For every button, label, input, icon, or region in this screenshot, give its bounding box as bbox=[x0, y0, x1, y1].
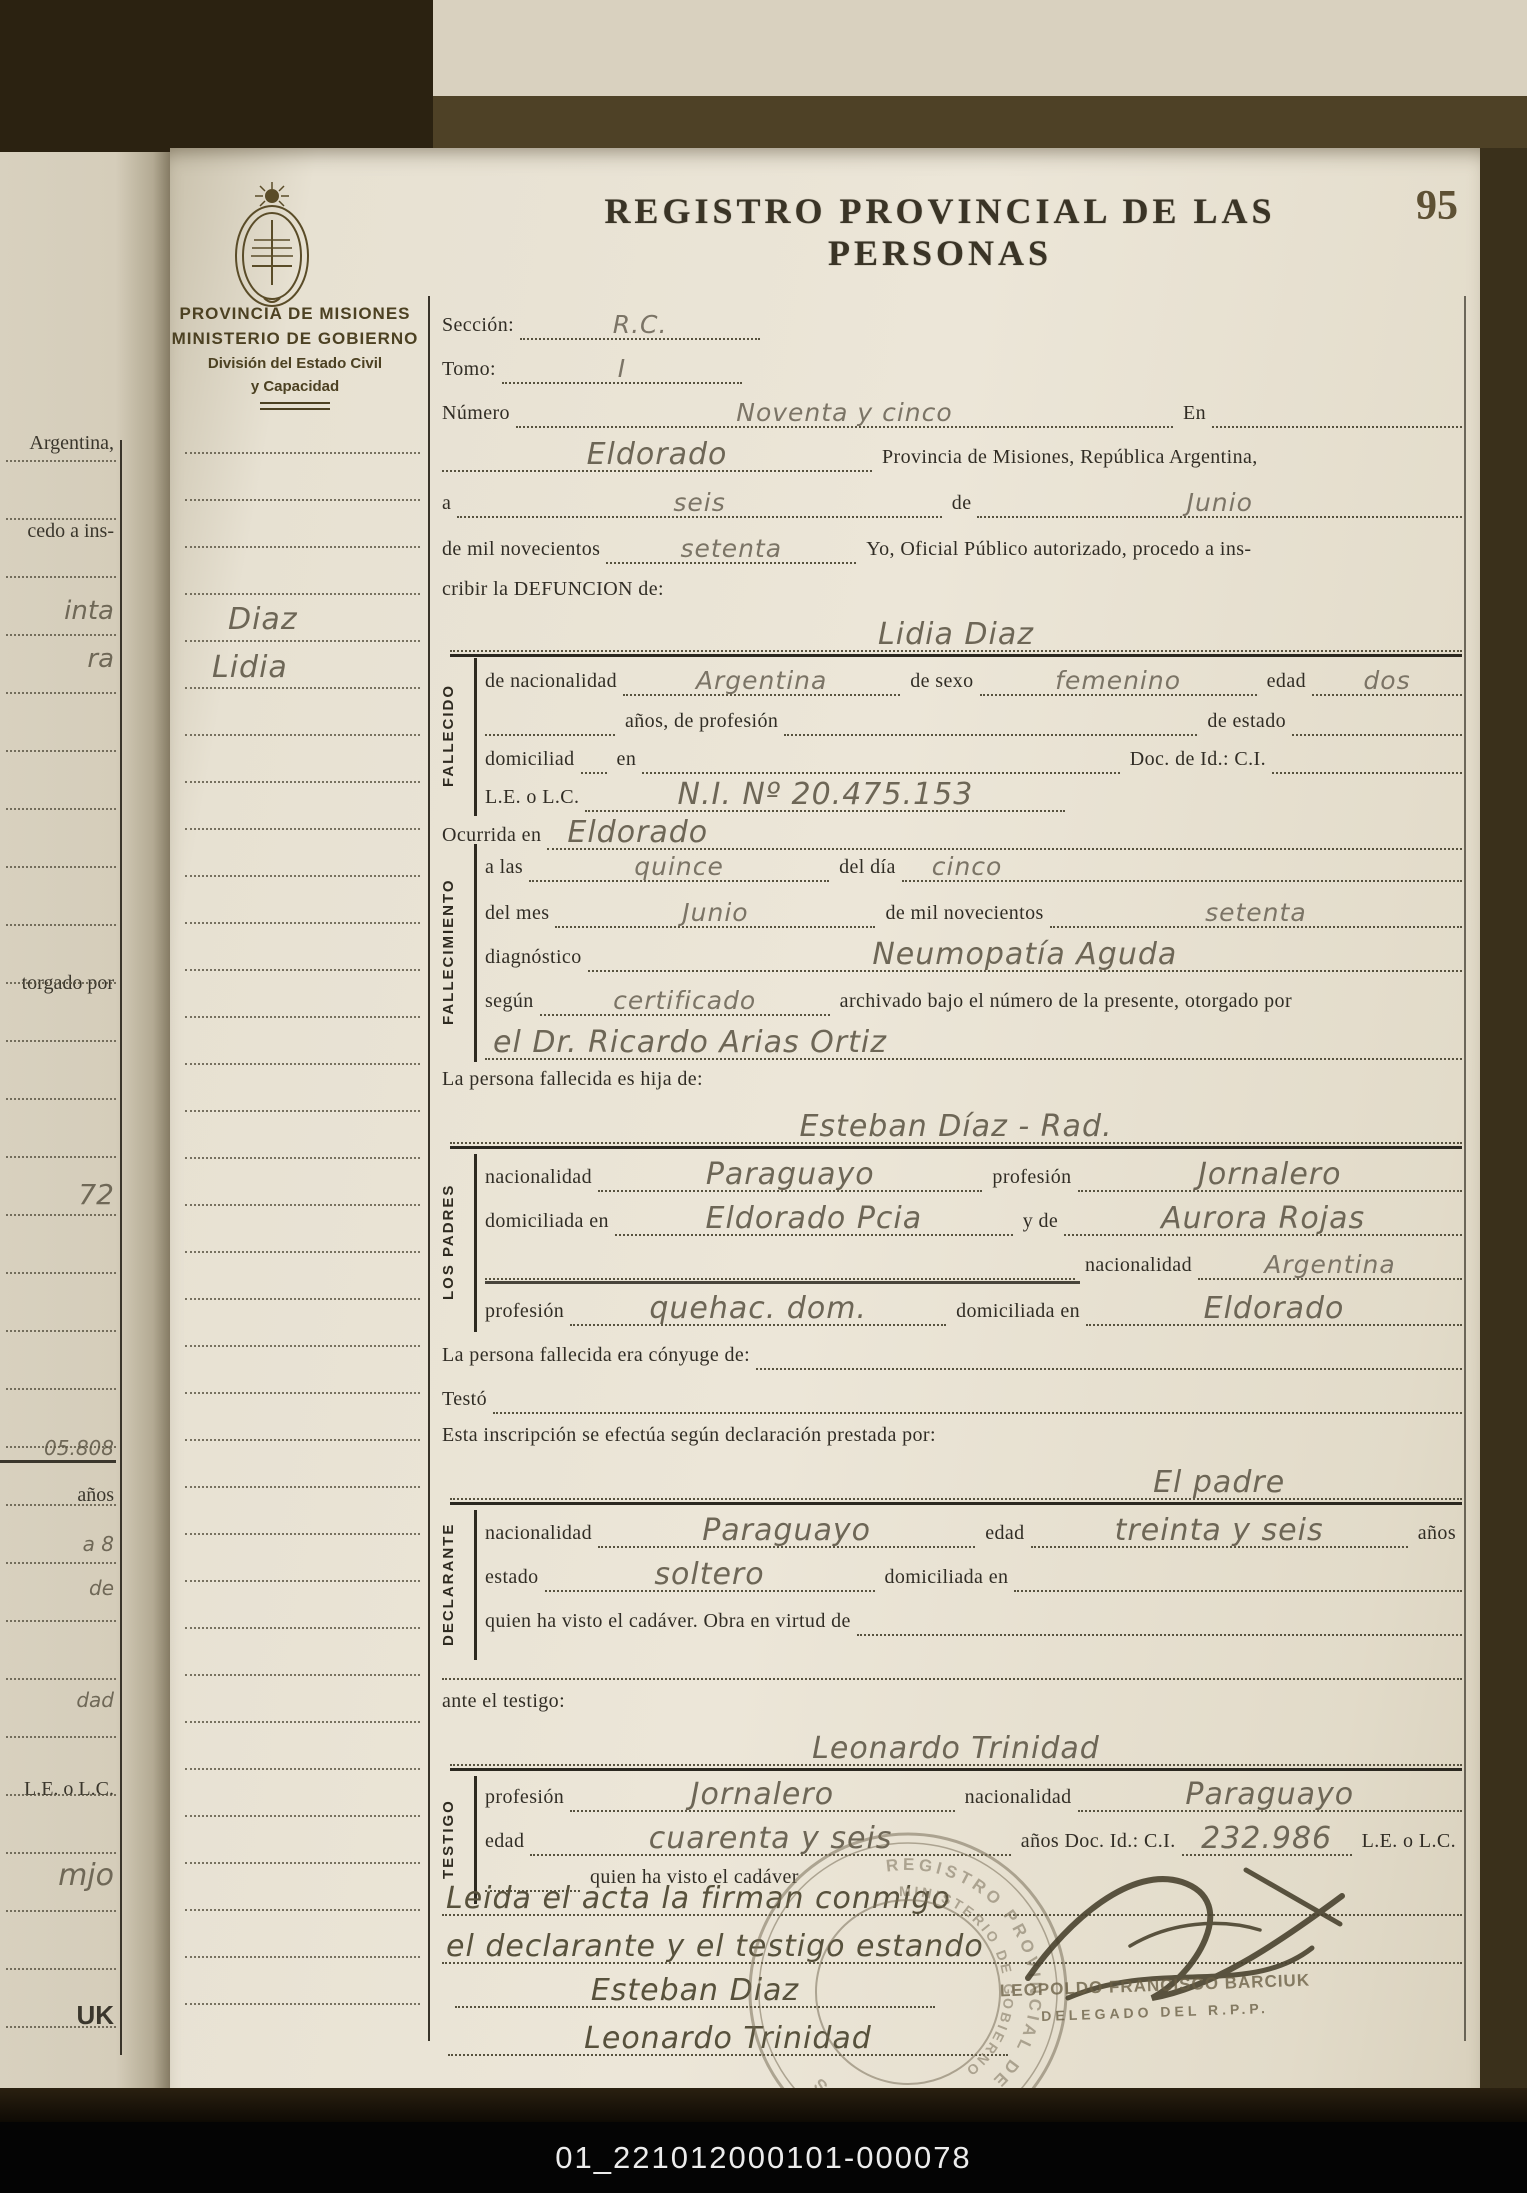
dotted-rule bbox=[185, 1956, 420, 1958]
dotted-rule bbox=[185, 499, 420, 501]
empty-line-row bbox=[442, 1640, 1462, 1680]
dotted-rule bbox=[185, 2003, 420, 2005]
dotted-rule bbox=[185, 1157, 420, 1159]
dotted-rule bbox=[6, 576, 116, 578]
page-bottom-shadow bbox=[0, 2088, 1527, 2122]
dotted-rule bbox=[6, 460, 116, 462]
declarante-edad-label: edad bbox=[975, 1522, 1030, 1548]
segun-label: según bbox=[485, 990, 540, 1016]
page-title: REGISTRO PROVINCIAL DE LAS PERSONAS bbox=[500, 190, 1380, 274]
field-numero: Número Noventa y cinco En bbox=[442, 388, 1462, 428]
declarante-row-2: estado soltero domiciliada en bbox=[485, 1552, 1462, 1592]
section-label-fallecido: FALLECIDO bbox=[440, 658, 470, 814]
field-date-day: a seis de Junio bbox=[442, 478, 1462, 518]
declarante-anos-label: años bbox=[1408, 1522, 1462, 1548]
dotted-rule bbox=[6, 1620, 116, 1622]
dotted-rule bbox=[185, 593, 420, 595]
archival-code: 01_221012000101-000078 bbox=[555, 2140, 971, 2176]
diagnostico-value: Neumopatía Aguda bbox=[588, 939, 1462, 973]
estado-value: soltero bbox=[545, 1559, 875, 1593]
estado-label: de estado bbox=[1197, 710, 1292, 736]
section-label-declarante: DECLARANTE bbox=[440, 1510, 470, 1658]
dotted-rule bbox=[6, 1968, 116, 1970]
witness-name: Leonardo Trinidad bbox=[450, 1733, 1462, 1767]
dotted-rule bbox=[6, 1098, 116, 1100]
prev-page-fragment: ra bbox=[0, 644, 116, 674]
book-page-above bbox=[433, 0, 1527, 96]
dotted-rule bbox=[185, 1721, 420, 1723]
dotted-rule bbox=[6, 1504, 116, 1506]
madre-profesion-value: quehac. dom. bbox=[570, 1293, 946, 1327]
deceased-name-row: Lidia Diaz bbox=[450, 608, 1462, 652]
fallecimiento-row-4: según certificado archivado bajo el núme… bbox=[485, 976, 1462, 1016]
declarante-row-1: nacionalidad Paraguayo edad treinta y se… bbox=[485, 1508, 1462, 1548]
y-de-label: y de bbox=[1013, 1210, 1064, 1236]
book-edge-band bbox=[433, 96, 1527, 152]
dotted-rule bbox=[185, 1063, 420, 1065]
archival-code-bar: 01_221012000101-000078 bbox=[0, 2122, 1527, 2193]
org-ministry: MINISTERIO DE GOBIERNO bbox=[165, 329, 425, 349]
dotted-rule bbox=[185, 1580, 420, 1582]
declarant-name-rule bbox=[450, 1502, 1462, 1505]
numero-label: Número bbox=[442, 402, 516, 428]
fallecimiento-rule bbox=[474, 844, 477, 1062]
declarante-domicilio-label: domiciliada en bbox=[875, 1566, 1015, 1592]
dotted-rule bbox=[185, 1204, 420, 1206]
fallecido-rule bbox=[474, 658, 477, 816]
fallecimiento-row-5: el Dr. Ricardo Arias Ortiz bbox=[485, 1020, 1462, 1060]
prev-page-fragment: dad bbox=[0, 1688, 116, 1712]
father-name-rule bbox=[450, 1146, 1462, 1149]
en-value bbox=[1212, 426, 1462, 428]
padres-extra-rule bbox=[485, 1281, 1080, 1284]
province-text: Provincia de Misiones, República Argenti… bbox=[872, 446, 1264, 472]
padre-domicilio-value: Eldorado Pcia bbox=[615, 1203, 1013, 1237]
a-label: a bbox=[442, 492, 457, 518]
conyuge-text: La persona fallecida era cónyuge de: bbox=[442, 1344, 756, 1370]
madre-domicilio-value: Eldorado bbox=[1086, 1293, 1462, 1327]
dotted-rule bbox=[6, 1388, 116, 1390]
sexo-value: femenino bbox=[980, 668, 1257, 696]
org-capacity: y Capacidad bbox=[165, 378, 425, 395]
dotted-rule bbox=[6, 1794, 116, 1796]
padres-row-4: profesión quehac. dom. domiciliada en El… bbox=[485, 1286, 1462, 1326]
dotted-rule bbox=[6, 808, 116, 810]
le-lc-value: N.I. Nº 20.475.153 bbox=[585, 779, 1065, 813]
dotted-rule bbox=[185, 640, 420, 642]
madre-nacionalidad-value: Argentina bbox=[1198, 1252, 1462, 1280]
seccion-label: Sección: bbox=[442, 314, 520, 340]
section-label-fallecimiento: FALLECIMIENTO bbox=[440, 844, 470, 1060]
section-label-padres: LOS PADRES bbox=[440, 1154, 470, 1330]
dotted-rule bbox=[6, 1562, 116, 1564]
dotted-rule bbox=[185, 828, 420, 830]
year-value: setenta bbox=[606, 536, 856, 564]
de-label: de bbox=[942, 492, 978, 518]
dotted-rule bbox=[6, 2026, 116, 2028]
ano-label: de mil novecientos bbox=[875, 902, 1049, 928]
prev-page-fragment: mjo bbox=[0, 1858, 116, 1893]
fallecimiento-row-3: diagnóstico Neumopatía Aguda bbox=[485, 932, 1462, 972]
dotted-rule bbox=[6, 1330, 116, 1332]
dotted-rule bbox=[185, 1016, 420, 1018]
medico-value: el Dr. Ricardo Arias Ortiz bbox=[485, 1027, 1462, 1061]
fallecido-row-1: de nacionalidad Argentina de sexo femeni… bbox=[485, 656, 1462, 696]
coat-of-arms-icon bbox=[222, 180, 322, 312]
prev-page-border-line bbox=[120, 440, 122, 2055]
dotted-rule bbox=[6, 1852, 116, 1854]
declarante-row-3: quien ha visto el cadáver. Obra en virtu… bbox=[485, 1596, 1462, 1636]
dotted-rule bbox=[185, 546, 420, 548]
dotted-rule bbox=[6, 692, 116, 694]
padres-row-3: nacionalidad Argentina bbox=[485, 1240, 1462, 1280]
dotted-rule bbox=[6, 1156, 116, 1158]
doc-id-label: Doc. de Id.: C.I. bbox=[1120, 748, 1272, 774]
inscripcion-text: Esta inscripción se efectúa según declar… bbox=[442, 1424, 942, 1450]
prev-page-fragment: Argentina, bbox=[0, 432, 116, 455]
field-tomo: Tomo: I bbox=[442, 344, 1462, 384]
sexo-label: de sexo bbox=[900, 670, 979, 696]
padre-domicilio-label: domiciliada en bbox=[485, 1210, 615, 1236]
estado-label: estado bbox=[485, 1566, 545, 1592]
prev-page-fragment: 72 bbox=[0, 1178, 116, 1211]
cadaver-obra-text: quien ha visto el cadáver. Obra en virtu… bbox=[485, 1610, 857, 1636]
testo-row: Testó bbox=[442, 1374, 1462, 1414]
dotted-rule bbox=[185, 1298, 420, 1300]
witness-name-row: Leonardo Trinidad bbox=[450, 1722, 1462, 1766]
dotted-rule bbox=[185, 1110, 420, 1112]
dotted-rule bbox=[6, 1736, 116, 1738]
dotted-rule bbox=[185, 1392, 420, 1394]
edad-label: edad bbox=[1257, 670, 1312, 696]
declarante-nacionalidad-label: nacionalidad bbox=[485, 1522, 598, 1548]
dotted-rule bbox=[6, 1214, 116, 1216]
padre-nacionalidad-value: Paraguayo bbox=[598, 1159, 982, 1193]
father-name-row: Esteban Díaz - Rad. bbox=[450, 1100, 1462, 1144]
prev-page-fragment: cedo a ins- bbox=[0, 520, 116, 543]
org-division: División del Estado Civil bbox=[165, 355, 425, 372]
numero-value: Noventa y cinco bbox=[516, 400, 1173, 428]
form-right-border bbox=[1464, 296, 1466, 2041]
padre-nacionalidad-label: nacionalidad bbox=[485, 1166, 598, 1192]
dotted-rule bbox=[185, 1486, 420, 1488]
org-province: PROVINCIA DE MISIONES bbox=[165, 304, 425, 324]
place-value: Eldorado bbox=[442, 439, 872, 473]
le-lc-label: L.E. o L.C. bbox=[485, 786, 585, 812]
testigo-row-1: profesión Jornalero nacionalidad Paragua… bbox=[485, 1772, 1462, 1812]
conyuge-row: La persona fallecida era cónyuge de: bbox=[442, 1330, 1462, 1370]
dotted-rule bbox=[6, 924, 116, 926]
dotted-rule bbox=[185, 1627, 420, 1629]
dotted-rule bbox=[6, 1678, 116, 1680]
diagnostico-label: diagnóstico bbox=[485, 946, 588, 972]
tomo-value: I bbox=[502, 356, 742, 384]
page-number: 95 bbox=[1416, 182, 1458, 230]
dotted-rule bbox=[185, 1251, 420, 1253]
father-name: Esteban Díaz - Rad. bbox=[450, 1111, 1462, 1145]
dotted-rule bbox=[185, 781, 420, 783]
padres-row-1: nacionalidad Paraguayo profesión Jornale… bbox=[485, 1152, 1462, 1192]
padres-rule bbox=[474, 1154, 477, 1332]
segun-value: certificado bbox=[540, 988, 830, 1016]
dotted-rule bbox=[185, 875, 420, 877]
dotted-rule bbox=[185, 1862, 420, 1864]
dotted-rule bbox=[6, 982, 116, 984]
dotted-rule bbox=[6, 1910, 116, 1912]
dotted-rule bbox=[185, 734, 420, 736]
fallecimiento-row-2: del mes Junio de mil novecientos setenta bbox=[485, 888, 1462, 928]
tomo-label: Tomo: bbox=[442, 358, 502, 384]
witness-name-rule bbox=[450, 1768, 1462, 1771]
domiciliad-label: domiciliad bbox=[485, 748, 581, 774]
ano-value: setenta bbox=[1050, 900, 1462, 928]
scanned-death-record: Argentina, cedo a ins- inta ra torgado p… bbox=[0, 0, 1527, 2193]
official-text: Yo, Oficial Público autorizado, procedo … bbox=[856, 538, 1257, 564]
anos-profesion-label: años, de profesión bbox=[615, 710, 784, 736]
dotted-rule bbox=[185, 1674, 420, 1676]
deceased-name: Lidia Diaz bbox=[450, 619, 1462, 653]
fallecido-row-2: años, de profesión de estado bbox=[485, 696, 1462, 736]
edad-value: dos bbox=[1312, 668, 1462, 696]
hija-de-text: La persona fallecida es hija de: bbox=[442, 1068, 709, 1094]
dotted-rule bbox=[185, 1909, 420, 1911]
testigo-edad-label: edad bbox=[485, 1830, 530, 1856]
register-text: cribir la DEFUNCION de: bbox=[442, 578, 670, 604]
dotted-rule bbox=[185, 1345, 420, 1347]
century-label: de mil novecientos bbox=[442, 538, 606, 564]
fallecido-row-3: domiciliad en Doc. de Id.: C.I. bbox=[485, 734, 1462, 774]
book-right-edge bbox=[1480, 148, 1527, 2098]
month-value: Junio bbox=[977, 490, 1462, 518]
declarante-rule bbox=[474, 1510, 477, 1660]
nacionalidad-value: Argentina bbox=[623, 668, 900, 696]
testigo-profesion-value: Jornalero bbox=[570, 1779, 954, 1813]
dotted-rule bbox=[185, 1533, 420, 1535]
declarant-name-row: El padre bbox=[450, 1456, 1462, 1500]
padre-profesion-value: Jornalero bbox=[1078, 1159, 1462, 1193]
prev-page-fragment: inta bbox=[0, 596, 116, 626]
dotted-rule bbox=[185, 922, 420, 924]
testigo-profesion-label: profesión bbox=[485, 1786, 570, 1812]
dotted-rule bbox=[6, 1272, 116, 1274]
field-year: de mil novecientos setenta Yo, Oficial P… bbox=[442, 524, 1462, 564]
en-label: En bbox=[1173, 402, 1212, 428]
hora-value: quince bbox=[529, 854, 829, 882]
dotted-rule bbox=[6, 518, 116, 520]
dotted-rule bbox=[6, 866, 116, 868]
field-place: Eldorado Provincia de Misiones, Repúblic… bbox=[442, 432, 1462, 472]
dotted-rule bbox=[185, 452, 420, 454]
dia-label: del día bbox=[829, 856, 902, 882]
dotted-rule bbox=[6, 1040, 116, 1042]
dotted-rule bbox=[185, 1815, 420, 1817]
padre-profesion-label: profesión bbox=[982, 1166, 1077, 1192]
declarante-nacionalidad-value: Paraguayo bbox=[598, 1515, 975, 1549]
field-seccion: Sección: R.C. bbox=[442, 300, 1462, 340]
fallecido-row-4: L.E. o L.C. N.I. Nº 20.475.153 bbox=[485, 772, 1462, 812]
prev-page-fragment: de bbox=[0, 1576, 116, 1600]
dotted-rule bbox=[185, 1439, 420, 1441]
mes-label: del mes bbox=[485, 902, 555, 928]
seccion-value: R.C. bbox=[520, 312, 760, 340]
archivado-text: archivado bajo el número de la presente,… bbox=[830, 990, 1298, 1016]
dia-value: cinco bbox=[902, 854, 1462, 882]
mes-value: Junio bbox=[555, 900, 875, 928]
dotted-rule bbox=[6, 634, 116, 636]
dotted-rule bbox=[185, 687, 420, 689]
testo-label: Testó bbox=[442, 1388, 493, 1414]
madre-domicilio-label: domiciliada en bbox=[946, 1300, 1086, 1326]
day-value: seis bbox=[457, 490, 942, 518]
background-top-left bbox=[0, 0, 433, 152]
prev-page-fragment: a 8 bbox=[0, 1532, 116, 1556]
mother-name: Aurora Rojas bbox=[1064, 1203, 1462, 1237]
prev-page-fragment: L.E. o L.C. bbox=[0, 1778, 116, 1801]
dotted-rule bbox=[6, 1446, 116, 1448]
nacionalidad-label: de nacionalidad bbox=[485, 670, 623, 696]
madre-profesion-label: profesión bbox=[485, 1300, 570, 1326]
padres-row-2: domiciliada en Eldorado Pcia y de Aurora… bbox=[485, 1196, 1462, 1236]
madre-nacionalidad-label: nacionalidad bbox=[1075, 1254, 1198, 1280]
fallecimiento-row-1: a las quince del día cinco bbox=[485, 842, 1462, 882]
ante-testigo-text: ante el testigo: bbox=[442, 1690, 571, 1716]
testigo-nacionalidad-value: Paraguayo bbox=[1078, 1779, 1462, 1813]
declarant-name: El padre bbox=[1153, 1465, 1285, 1500]
en-label: en bbox=[607, 748, 643, 774]
prev-page-fragment: 05.808 bbox=[0, 1436, 116, 1463]
dotted-rule bbox=[185, 969, 420, 971]
margin-note-given-name: Lidia bbox=[212, 650, 288, 685]
hora-label: a las bbox=[485, 856, 529, 882]
margin-note-surname: Diaz bbox=[228, 602, 298, 637]
org-underline bbox=[260, 402, 330, 410]
dotted-rule bbox=[185, 1768, 420, 1770]
margin-separator-line bbox=[428, 296, 430, 2041]
declarante-edad-value: treinta y seis bbox=[1031, 1515, 1408, 1549]
dotted-rule bbox=[6, 750, 116, 752]
